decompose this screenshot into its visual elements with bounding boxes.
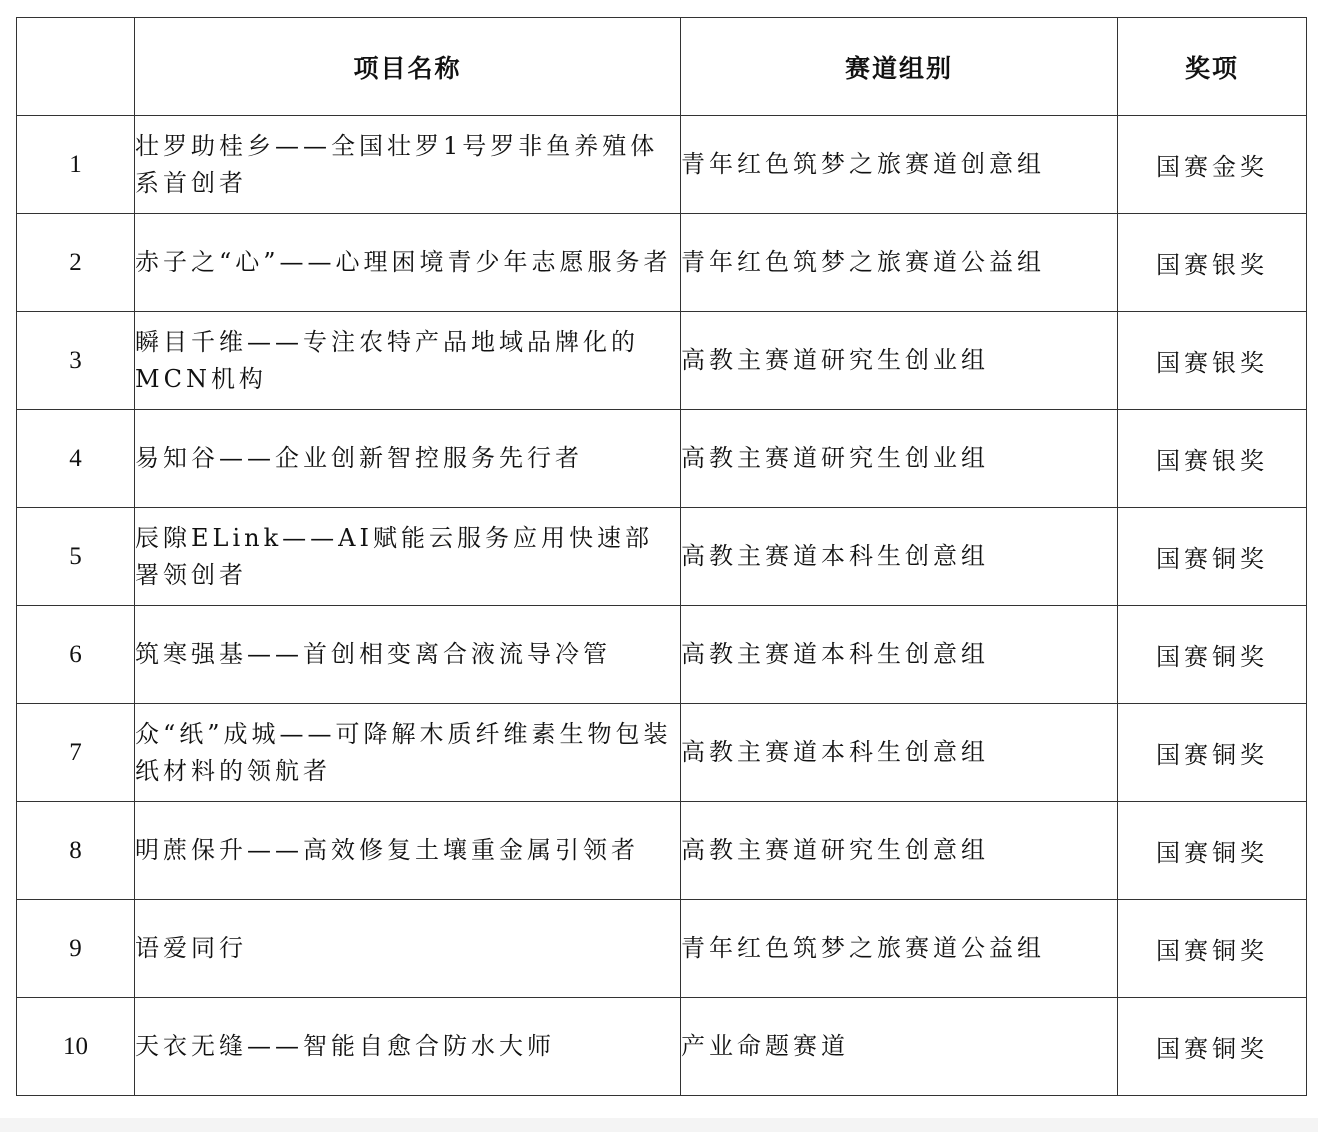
project-name: 筑寒强基——首创相变离合液流导冷管 <box>135 606 681 704</box>
row-number: 9 <box>17 900 135 998</box>
table-row: 10 天衣无缝——智能自愈合防水大师 产业命题赛道 国赛铜奖 <box>17 998 1307 1096</box>
page-bottom-margin <box>0 1118 1318 1132</box>
row-number: 8 <box>17 802 135 900</box>
project-name: 易知谷——企业创新智控服务先行者 <box>135 410 681 508</box>
row-number: 7 <box>17 704 135 802</box>
header-track-group: 赛道组别 <box>681 18 1118 116</box>
table-row: 3 瞬目千维——专注农特产品地域品牌化的MCN机构 高教主赛道研究生创业组 国赛… <box>17 312 1307 410</box>
project-name: 辰隙ELink——AI赋能云服务应用快速部署领创者 <box>135 508 681 606</box>
award: 国赛铜奖 <box>1118 998 1307 1096</box>
award: 国赛银奖 <box>1118 214 1307 312</box>
row-number: 10 <box>17 998 135 1096</box>
track-group: 高教主赛道本科生创意组 <box>681 606 1118 704</box>
table-row: 4 易知谷——企业创新智控服务先行者 高教主赛道研究生创业组 国赛银奖 <box>17 410 1307 508</box>
award: 国赛铜奖 <box>1118 802 1307 900</box>
track-group: 高教主赛道研究生创意组 <box>681 802 1118 900</box>
header-project-name: 项目名称 <box>135 18 681 116</box>
track-group: 青年红色筑梦之旅赛道公益组 <box>681 900 1118 998</box>
track-group: 高教主赛道研究生创业组 <box>681 312 1118 410</box>
track-group: 产业命题赛道 <box>681 998 1118 1096</box>
row-number: 2 <box>17 214 135 312</box>
row-number: 1 <box>17 116 135 214</box>
awards-table: 项目名称 赛道组别 奖项 1 壮罗助桂乡——全国壮罗1号罗非鱼养殖体系首创者 青… <box>16 17 1307 1096</box>
table-row: 1 壮罗助桂乡——全国壮罗1号罗非鱼养殖体系首创者 青年红色筑梦之旅赛道创意组 … <box>17 116 1307 214</box>
track-group: 高教主赛道本科生创意组 <box>681 508 1118 606</box>
project-name: 壮罗助桂乡——全国壮罗1号罗非鱼养殖体系首创者 <box>135 116 681 214</box>
row-number: 5 <box>17 508 135 606</box>
table-row: 6 筑寒强基——首创相变离合液流导冷管 高教主赛道本科生创意组 国赛铜奖 <box>17 606 1307 704</box>
project-name: 语爱同行 <box>135 900 681 998</box>
table-row: 9 语爱同行 青年红色筑梦之旅赛道公益组 国赛铜奖 <box>17 900 1307 998</box>
track-group: 高教主赛道研究生创业组 <box>681 410 1118 508</box>
table-row: 5 辰隙ELink——AI赋能云服务应用快速部署领创者 高教主赛道本科生创意组 … <box>17 508 1307 606</box>
header-award: 奖项 <box>1118 18 1307 116</box>
award: 国赛银奖 <box>1118 410 1307 508</box>
award: 国赛铜奖 <box>1118 900 1307 998</box>
header-row: 项目名称 赛道组别 奖项 <box>17 18 1307 116</box>
award: 国赛金奖 <box>1118 116 1307 214</box>
project-name: 赤子之“心”——心理困境青少年志愿服务者 <box>135 214 681 312</box>
row-number: 6 <box>17 606 135 704</box>
table-row: 2 赤子之“心”——心理困境青少年志愿服务者 青年红色筑梦之旅赛道公益组 国赛银… <box>17 214 1307 312</box>
project-name: 天衣无缝——智能自愈合防水大师 <box>135 998 681 1096</box>
award: 国赛铜奖 <box>1118 704 1307 802</box>
header-index <box>17 18 135 116</box>
table-row: 7 众“纸”成城——可降解木质纤维素生物包装纸材料的领航者 高教主赛道本科生创意… <box>17 704 1307 802</box>
project-name: 瞬目千维——专注农特产品地域品牌化的MCN机构 <box>135 312 681 410</box>
track-group: 青年红色筑梦之旅赛道公益组 <box>681 214 1118 312</box>
award: 国赛铜奖 <box>1118 508 1307 606</box>
row-number: 4 <box>17 410 135 508</box>
track-group: 高教主赛道本科生创意组 <box>681 704 1118 802</box>
project-name: 众“纸”成城——可降解木质纤维素生物包装纸材料的领航者 <box>135 704 681 802</box>
row-number: 3 <box>17 312 135 410</box>
award: 国赛铜奖 <box>1118 606 1307 704</box>
award: 国赛银奖 <box>1118 312 1307 410</box>
table-row: 8 明蔗保升——高效修复土壤重金属引领者 高教主赛道研究生创意组 国赛铜奖 <box>17 802 1307 900</box>
project-name: 明蔗保升——高效修复土壤重金属引领者 <box>135 802 681 900</box>
track-group: 青年红色筑梦之旅赛道创意组 <box>681 116 1118 214</box>
